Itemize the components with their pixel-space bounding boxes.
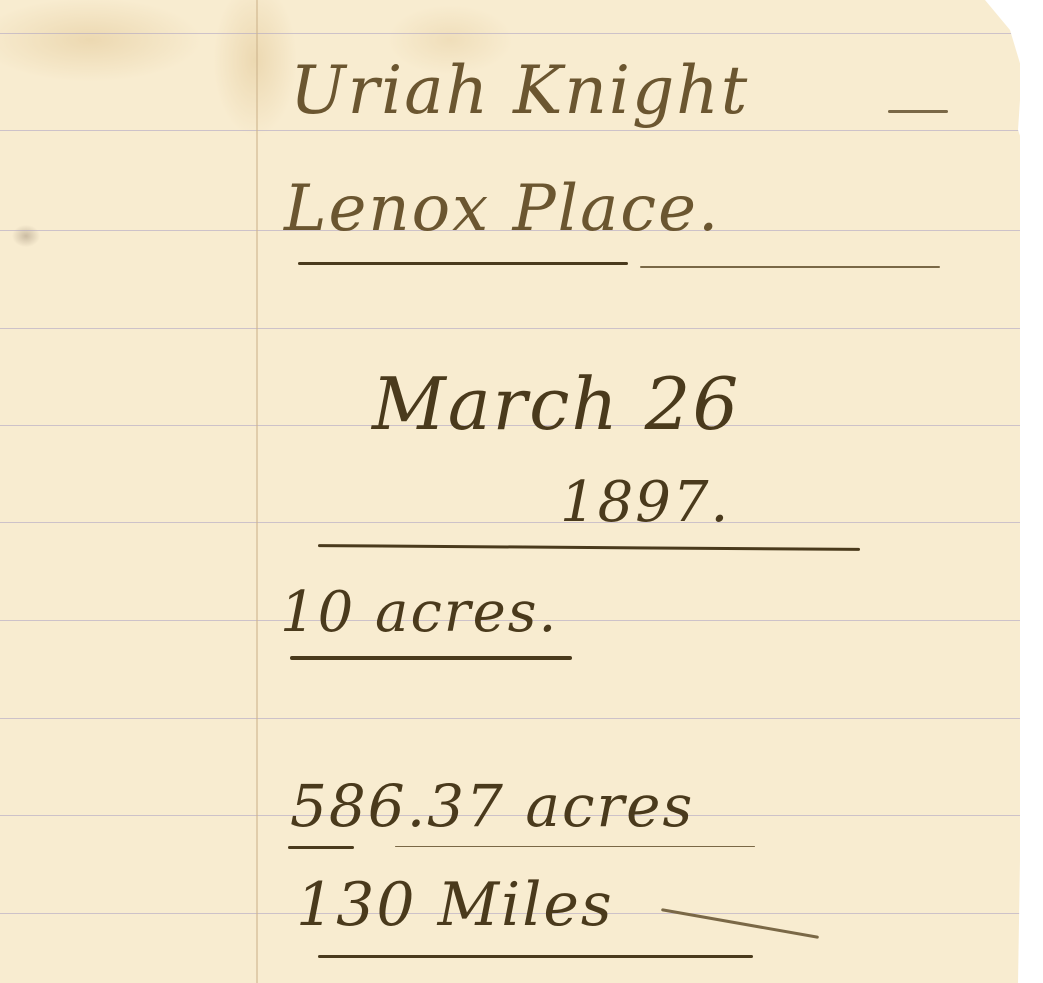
handwritten-acres-large: 586.37 acres [290, 772, 694, 840]
handwritten-year: 1897. [560, 470, 730, 535]
handwritten-acres-small: 10 acres. [280, 580, 558, 645]
handwritten-name: Uriah Knight [290, 52, 749, 129]
acres-small-underline [290, 656, 572, 660]
place-underline-tail [640, 266, 940, 268]
handwritten-date: March 26 [372, 362, 740, 446]
handwritten-place: Lenox Place. [284, 172, 720, 246]
ruled-line [0, 522, 1020, 523]
margin-fold-line [256, 0, 258, 983]
paper-sheet: Uriah Knight Lenox Place. March 26 1897.… [0, 0, 1020, 983]
ruled-line [0, 33, 1020, 34]
ruled-line [0, 328, 1020, 329]
handwritten-distance: 130 Miles [296, 870, 614, 940]
ruled-line [0, 130, 1020, 131]
ruled-line [0, 718, 1020, 719]
date-underline [318, 544, 860, 551]
acres-large-faint-line [395, 846, 755, 847]
distance-underline [318, 955, 753, 958]
acres-large-short-underline [288, 846, 354, 849]
place-underline [298, 262, 628, 265]
name-flourish [888, 110, 948, 113]
